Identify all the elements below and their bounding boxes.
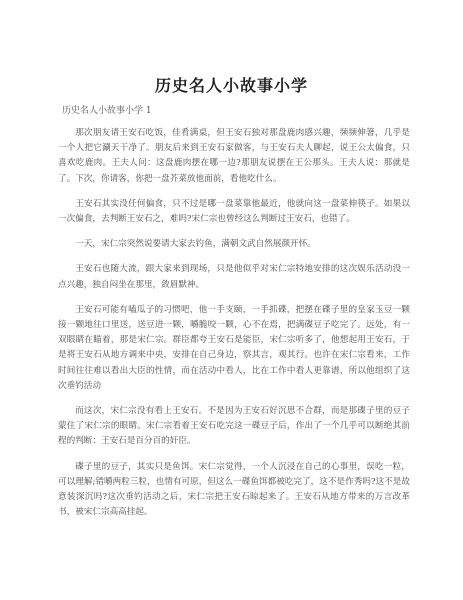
document-body: 那次朋友请王安石吃饭，佳肴满桌，但王安石独对那盘鹿肉感兴趣，频频伸箸，几乎是一个… (58, 126, 410, 530)
paragraph: 王安石也随大流，跟大家来到现场，只是他似乎对宋仁宗特地安排的这次娱乐活动没一点兴… (58, 262, 410, 292)
document-title: 历史名人小故事小学 (0, 73, 463, 96)
section-heading: 历史名人小故事小学 1 (62, 103, 152, 116)
document-page: 历史名人小故事小学 历史名人小故事小学 1 那次朋友请王安石吃饭，佳肴满桌，但王… (0, 0, 463, 600)
paragraph: 一天，宋仁宗突然说要请大家去钓鱼，满朝文武自然展颜开怀。 (58, 237, 410, 252)
paragraph: 碟子里的豆子，其实只是鱼饵。宋仁宗觉得，一个人沉浸在自己的心事里，误吃一粒，可以… (58, 460, 410, 521)
paragraph: 王安石其实没任何偏食，只不过是哪一盘菜靠他最近，他就向这一盘菜伸筷子。如果以一次… (58, 197, 410, 227)
paragraph: 那次朋友请王安石吃饭，佳肴满桌，但王安石独对那盘鹿肉感兴趣，频频伸箸，几乎是一个… (58, 126, 410, 187)
paragraph: 而这次，宋仁宗没有看上王安石。不是因为王安石好沉思不合群，而是那碟子里的豆子蒙住… (58, 404, 410, 450)
paragraph: 王安石可能有嗑瓜子的习惯吧，他一手支颐，一手抓碟，把摆在碟子里的皇家玉豆一颗接一… (58, 303, 410, 394)
